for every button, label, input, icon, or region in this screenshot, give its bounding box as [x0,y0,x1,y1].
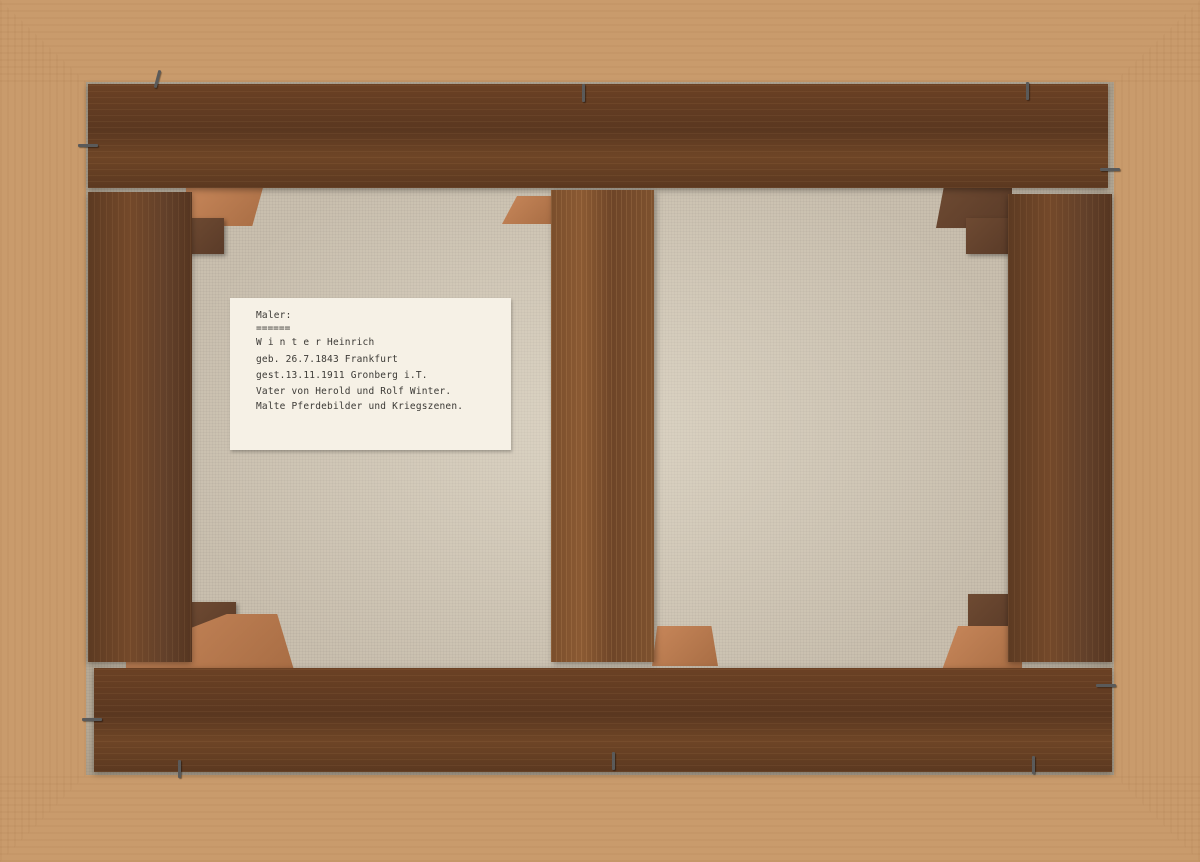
corner-key-top-right-lower [966,218,1008,254]
label-family: Vater von Herold und Rolf Winter. [256,386,451,397]
nail [1026,82,1029,100]
nail [178,760,181,778]
label-heading: Maler: [256,310,292,321]
nail [82,718,102,721]
label-subjects: Malte Pferdebilder und Kriegszenen. [256,401,463,412]
stretcher-bar-bottom [94,668,1112,772]
frame-right-stile [1114,0,1200,862]
frame-left-stile [0,0,86,862]
nail [612,752,615,770]
stretcher-bar-top [88,84,1108,188]
nail [582,84,585,102]
corner-key-top-left-lower [188,218,224,254]
frame-bottom-rail [0,775,1200,862]
label-birth: geb. 26.7.1843 Frankfurt [256,354,398,365]
frame-top-rail [0,0,1200,82]
center-key-bottom [652,626,718,666]
nail [1096,684,1116,687]
label-death: gest.13.11.1911 Gronberg i.T. [256,370,428,381]
nail [78,144,98,147]
stretcher-bar-right [1008,194,1112,662]
stretcher-bar-left [88,192,192,662]
stretcher-bar-center [551,190,654,662]
nail [1100,168,1120,171]
label-artist-name: W i n t e r Heinrich [256,337,374,348]
nail [1032,756,1035,774]
label-underline: ====== [256,323,290,334]
artist-label-card: Maler: ====== W i n t e r Heinrich geb. … [230,298,511,450]
